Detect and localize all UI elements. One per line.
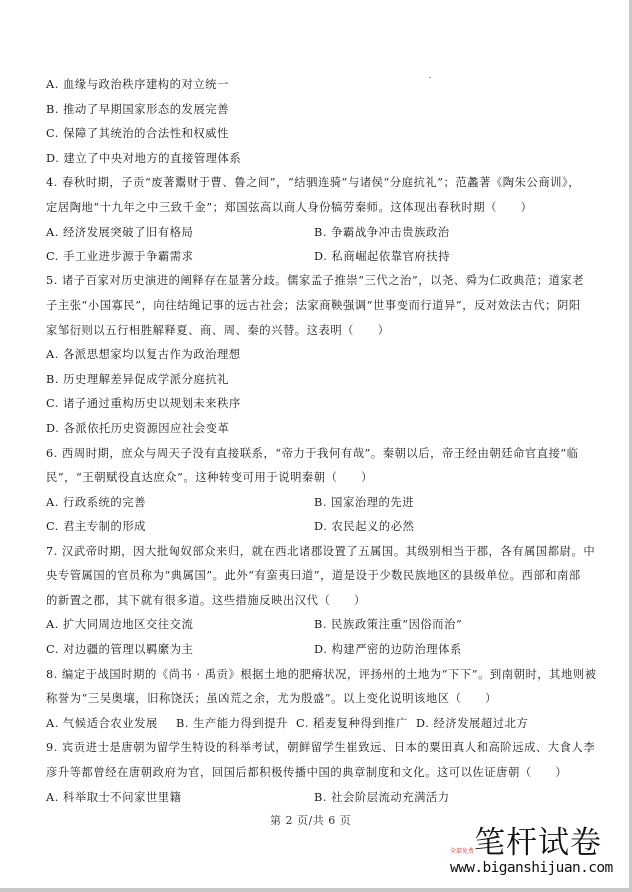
question-8-option-b: B. 生产能力得到提升 <box>176 716 288 732</box>
watermark-url: www.biganshijuan.com <box>450 859 613 877</box>
option-prev-d: D. 建立了中央对地方的直接管理体系 <box>46 151 241 167</box>
question-4-stem-line-2: 定居陶地“十九年之中三致千金”；郑国弦高以商人身份犒劳秦师。这体现出春秋时期（ … <box>46 200 533 216</box>
question-4-option-c: C. 手工业进步源于争霸需求 <box>46 249 193 265</box>
watermark-tag: 全部免费 <box>450 846 474 855</box>
question-5-option-b: B. 历史理解差异促成学派分庭抗礼 <box>46 372 229 388</box>
question-4-option-b: B. 争霸战争冲击贵族政治 <box>314 225 450 241</box>
question-5-option-a: A. 各派思想家均以复古作为政治理想 <box>46 347 241 363</box>
question-9-option-b: B. 社会阶层流动充满活力 <box>314 790 450 806</box>
question-7-stem-line-1: 7. 汉武帝时期，因大批匈奴部众来归，就在西北诸郡设置了五属国。其级别相当于郡，… <box>46 544 595 560</box>
question-8-stem-line-1: 8. 编定于战国时期的《尚书 · 禹贡》根据土地的肥瘠状况，评扬州的土地为“下下… <box>46 667 597 683</box>
document-page: A. 血缘与政治秩序建构的对立统一 B. 推动了早期国家形态的发展完善 C. 保… <box>0 0 629 888</box>
question-7-option-b: B. 民族政策注重“因俗而治” <box>314 617 462 633</box>
question-7-option-d: D. 构建严密的边防治理体系 <box>314 642 462 658</box>
question-9-stem-line-2: 彦升等都曾经在唐朝政府为官，回国后都积极传播中国的典章制度和文化。这可以佐证唐朝… <box>46 765 567 781</box>
scan-speck <box>429 77 431 78</box>
question-8-stem-line-2: 称誉为“三吴奥壤，旧称饶沃；虽凶荒之余，尤为殷盛”。以上变化说明该地区（ ） <box>46 691 497 707</box>
question-6-option-c: C. 君主专制的形成 <box>46 519 146 535</box>
question-5-stem-line-1: 5. 诸子百家对历史演进的阐释存在显著分歧。儒家孟子推崇“三代之治”，以尧、舜为… <box>46 273 584 289</box>
question-5-option-c: C. 诸子通过重构历史以规划未来秩序 <box>46 396 241 412</box>
question-7-option-c: C. 对边疆的管理以羁縻为主 <box>46 642 193 658</box>
question-6-option-d: D. 农民起义的必然 <box>314 519 414 535</box>
question-7-option-a: A. 扩大同周边地区交往交流 <box>46 617 193 633</box>
question-5-stem-line-3: 家邹衍则以五行相胜解释夏、商、周、秦的兴替。这表明（ ） <box>46 323 390 339</box>
option-prev-c: C. 保障了其统治的合法性和权威性 <box>46 126 229 142</box>
question-6-stem-line-1: 6. 西周时期，庶众与周天子没有直接联系，“帝力于我何有哉”。秦朝以后，帝王经由… <box>46 446 579 462</box>
option-prev-b: B. 推动了早期国家形态的发展完善 <box>46 102 229 118</box>
question-7-stem-line-2: 央专管属国的官员称为“典属国”。此外“有蛮夷曰道”，道是设于少数民族地区的县级单… <box>46 568 581 584</box>
question-9-stem-line-1: 9. 宾贡进士是唐朝为留学生特设的科举考试，朝鲜留学生崔致远、日本的粟田真人和高… <box>46 740 595 756</box>
question-6-option-a: A. 行政系统的完善 <box>46 495 146 511</box>
option-prev-a: A. 血缘与政治秩序建构的对立统一 <box>46 77 229 93</box>
question-4-option-d: D. 私商崛起依靠官府扶持 <box>314 249 450 265</box>
question-6-option-b: B. 国家治理的先进 <box>314 495 414 511</box>
watermark-title: 笔杆试卷 <box>474 826 602 860</box>
question-4-stem-line-1: 4. 春秋时期，子贡“废著鬻财于曹、鲁之间”，“结驷连骑”与诸侯“分庭抗礼”；范… <box>46 175 580 191</box>
question-8-option-d: D. 经济发展超过北方 <box>416 716 528 732</box>
watermark-logo: 笔杆试卷 全部免费 www.biganshijuan.com <box>448 826 618 882</box>
question-4-option-a: A. 经济发展突破了旧有格局 <box>46 225 193 241</box>
question-7-stem-line-3: 的新置之郡，其下就有很多道。这些措施反映出汉代（ ） <box>46 593 366 609</box>
question-5-stem-line-2: 子主张“小国寡民”，向往结绳记事的远古社会；法家商鞅强调“世事变而行道异”，反对… <box>46 298 581 314</box>
question-8-option-a: A. 气候适合农业发展 <box>46 716 158 732</box>
question-6-stem-line-2: 民”，“王朝赋役直达庶众”。这种转变可用于说明秦朝（ ） <box>46 470 373 486</box>
page-indicator: 第 2 页/共 6 页 <box>270 812 351 828</box>
question-9-option-a: A. 科举取士不问家世里籍 <box>46 790 182 806</box>
question-5-option-d: D. 各派依托历史资源因应社会变革 <box>46 421 229 437</box>
question-8-option-c: C. 稻麦复种得到推广 <box>296 716 408 732</box>
